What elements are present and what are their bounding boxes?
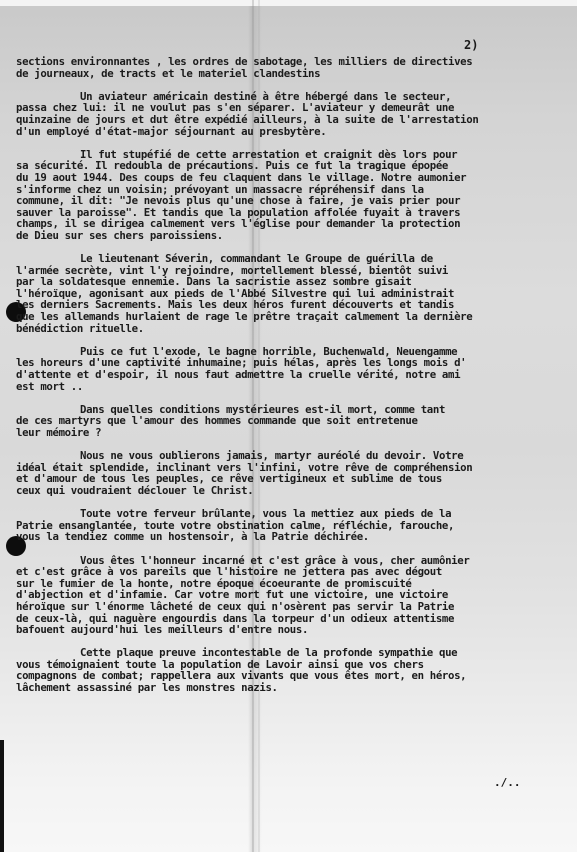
text-line: héroïque sur l'énorme lâcheté de ceux qu… xyxy=(16,601,577,613)
text-line: que les allemands hurlaient de rage le p… xyxy=(16,311,577,323)
text-line: du 19 aout 1944. Des coups de feu claque… xyxy=(16,172,577,184)
paragraph: Puis ce fut l'exode, le bagne horrible, … xyxy=(16,346,577,392)
page-top-edge xyxy=(0,0,577,6)
paragraph: Nous ne vous oublierons jamais, martyr a… xyxy=(16,450,577,496)
paragraph: sections environnantes , les ordres de s… xyxy=(16,56,577,79)
text-line: leur mémoire ? xyxy=(16,427,577,439)
text-line: vous la tendiez comme un hostensoir, à l… xyxy=(16,531,577,543)
text-line: d'un employé d'état-major séjournant au … xyxy=(16,126,577,138)
text-line: bénédiction rituelle. xyxy=(16,323,577,335)
text-line: est mort .. xyxy=(16,381,577,393)
text-line: ceux qui voudraient déclouer le Christ. xyxy=(16,485,577,497)
continuation-mark: ./.. xyxy=(494,776,521,789)
text-line: sections environnantes , les ordres de s… xyxy=(16,56,577,68)
paragraph: Un aviateur américain destiné à être héb… xyxy=(16,91,577,137)
paragraph: Il fut stupéfié de cette arrestation et … xyxy=(16,149,577,242)
text-line: commune, il dit: "Je nevois plus qu'une … xyxy=(16,195,577,207)
text-line: de Dieu sur ses chers paroissiens. xyxy=(16,230,577,242)
text-line: Le lieutenant Séverin, commandant le Gro… xyxy=(16,253,577,265)
paragraph: Dans quelles conditions mystérieures est… xyxy=(16,404,577,439)
text-line: lâchement assassiné par les monstres naz… xyxy=(16,682,577,694)
text-line: de journeaux, de tracts et le materiel c… xyxy=(16,68,577,80)
paragraph: Cette plaque preuve incontestable de la … xyxy=(16,647,577,693)
scanned-page: 2) sections environnantes , les ordres d… xyxy=(0,0,577,852)
scan-border xyxy=(0,740,4,852)
text-line: d'attente et d'espoir, il nous faut adme… xyxy=(16,369,577,381)
page-number: 2) xyxy=(464,38,478,52)
text-line: et c'est grâce à vos pareils que l'histo… xyxy=(16,566,577,578)
text-line: bafouent aujourd'hui les meilleurs d'ent… xyxy=(16,624,577,636)
text-line: quinzaine de jours et dut être expédié a… xyxy=(16,114,577,126)
paragraph: Toute votre ferveur brûlante, vous la me… xyxy=(16,508,577,543)
paragraph: Vous êtes l'honneur incarné et c'est grâ… xyxy=(16,555,577,636)
document-body: sections environnantes , les ordres de s… xyxy=(16,56,577,705)
paragraph: Le lieutenant Séverin, commandant le Gro… xyxy=(16,253,577,334)
text-line: Toute votre ferveur brûlante, vous la me… xyxy=(16,508,577,520)
